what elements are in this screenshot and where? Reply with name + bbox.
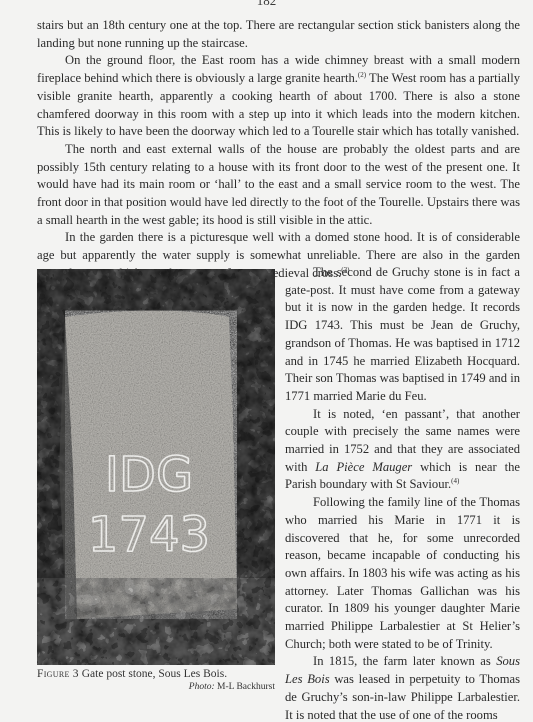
caption-label: Figure 3 [37, 668, 79, 680]
credit-label: Photo: [189, 682, 215, 692]
inscription-year: 1743 [88, 507, 210, 563]
gate-post-photo-image: IDG 1743 [37, 269, 275, 665]
footnote-marker: (2) [358, 71, 366, 79]
figure-caption: Figure 3 Gate post stone, Sous Les Bois. [37, 667, 275, 682]
paragraph-external-walls: The north and east external walls of the… [37, 141, 520, 230]
figure-photo-gate-post: IDG 1743 [37, 269, 275, 665]
paragraph-staircase: stairs but an 18th century one at the to… [37, 17, 520, 52]
place-name: La Pièce Mauger [315, 460, 412, 474]
body-text-top: stairs but an 18th century one at the to… [37, 17, 520, 283]
paragraph-lease-1815: In 1815, the farm later known as Sous Le… [285, 653, 520, 722]
photo-credit: Photo: M-L Backhurst [37, 682, 275, 692]
paragraph-en-passant: It is noted, ‘en passant’, that another … [285, 406, 520, 495]
caption-text: Gate post stone, Sous Les Bois. [79, 668, 227, 680]
credit-name: M-L Backhurst [215, 682, 275, 692]
page-number: 182 [0, 0, 533, 9]
footnote-marker: (4) [451, 477, 459, 485]
paragraph-family-line: Following the family line of the Thomas … [285, 494, 520, 653]
paragraph-ground-floor: On the ground floor, the East room has a… [37, 52, 520, 141]
body-text-right-column: The second de Gruchy stone is in fact a … [285, 264, 520, 722]
paragraph-gate-post: The second de Gruchy stone is in fact a … [285, 264, 520, 406]
paragraph-text: In 1815, the farm later known as [313, 654, 496, 668]
inscription-initials: IDG [105, 447, 193, 503]
